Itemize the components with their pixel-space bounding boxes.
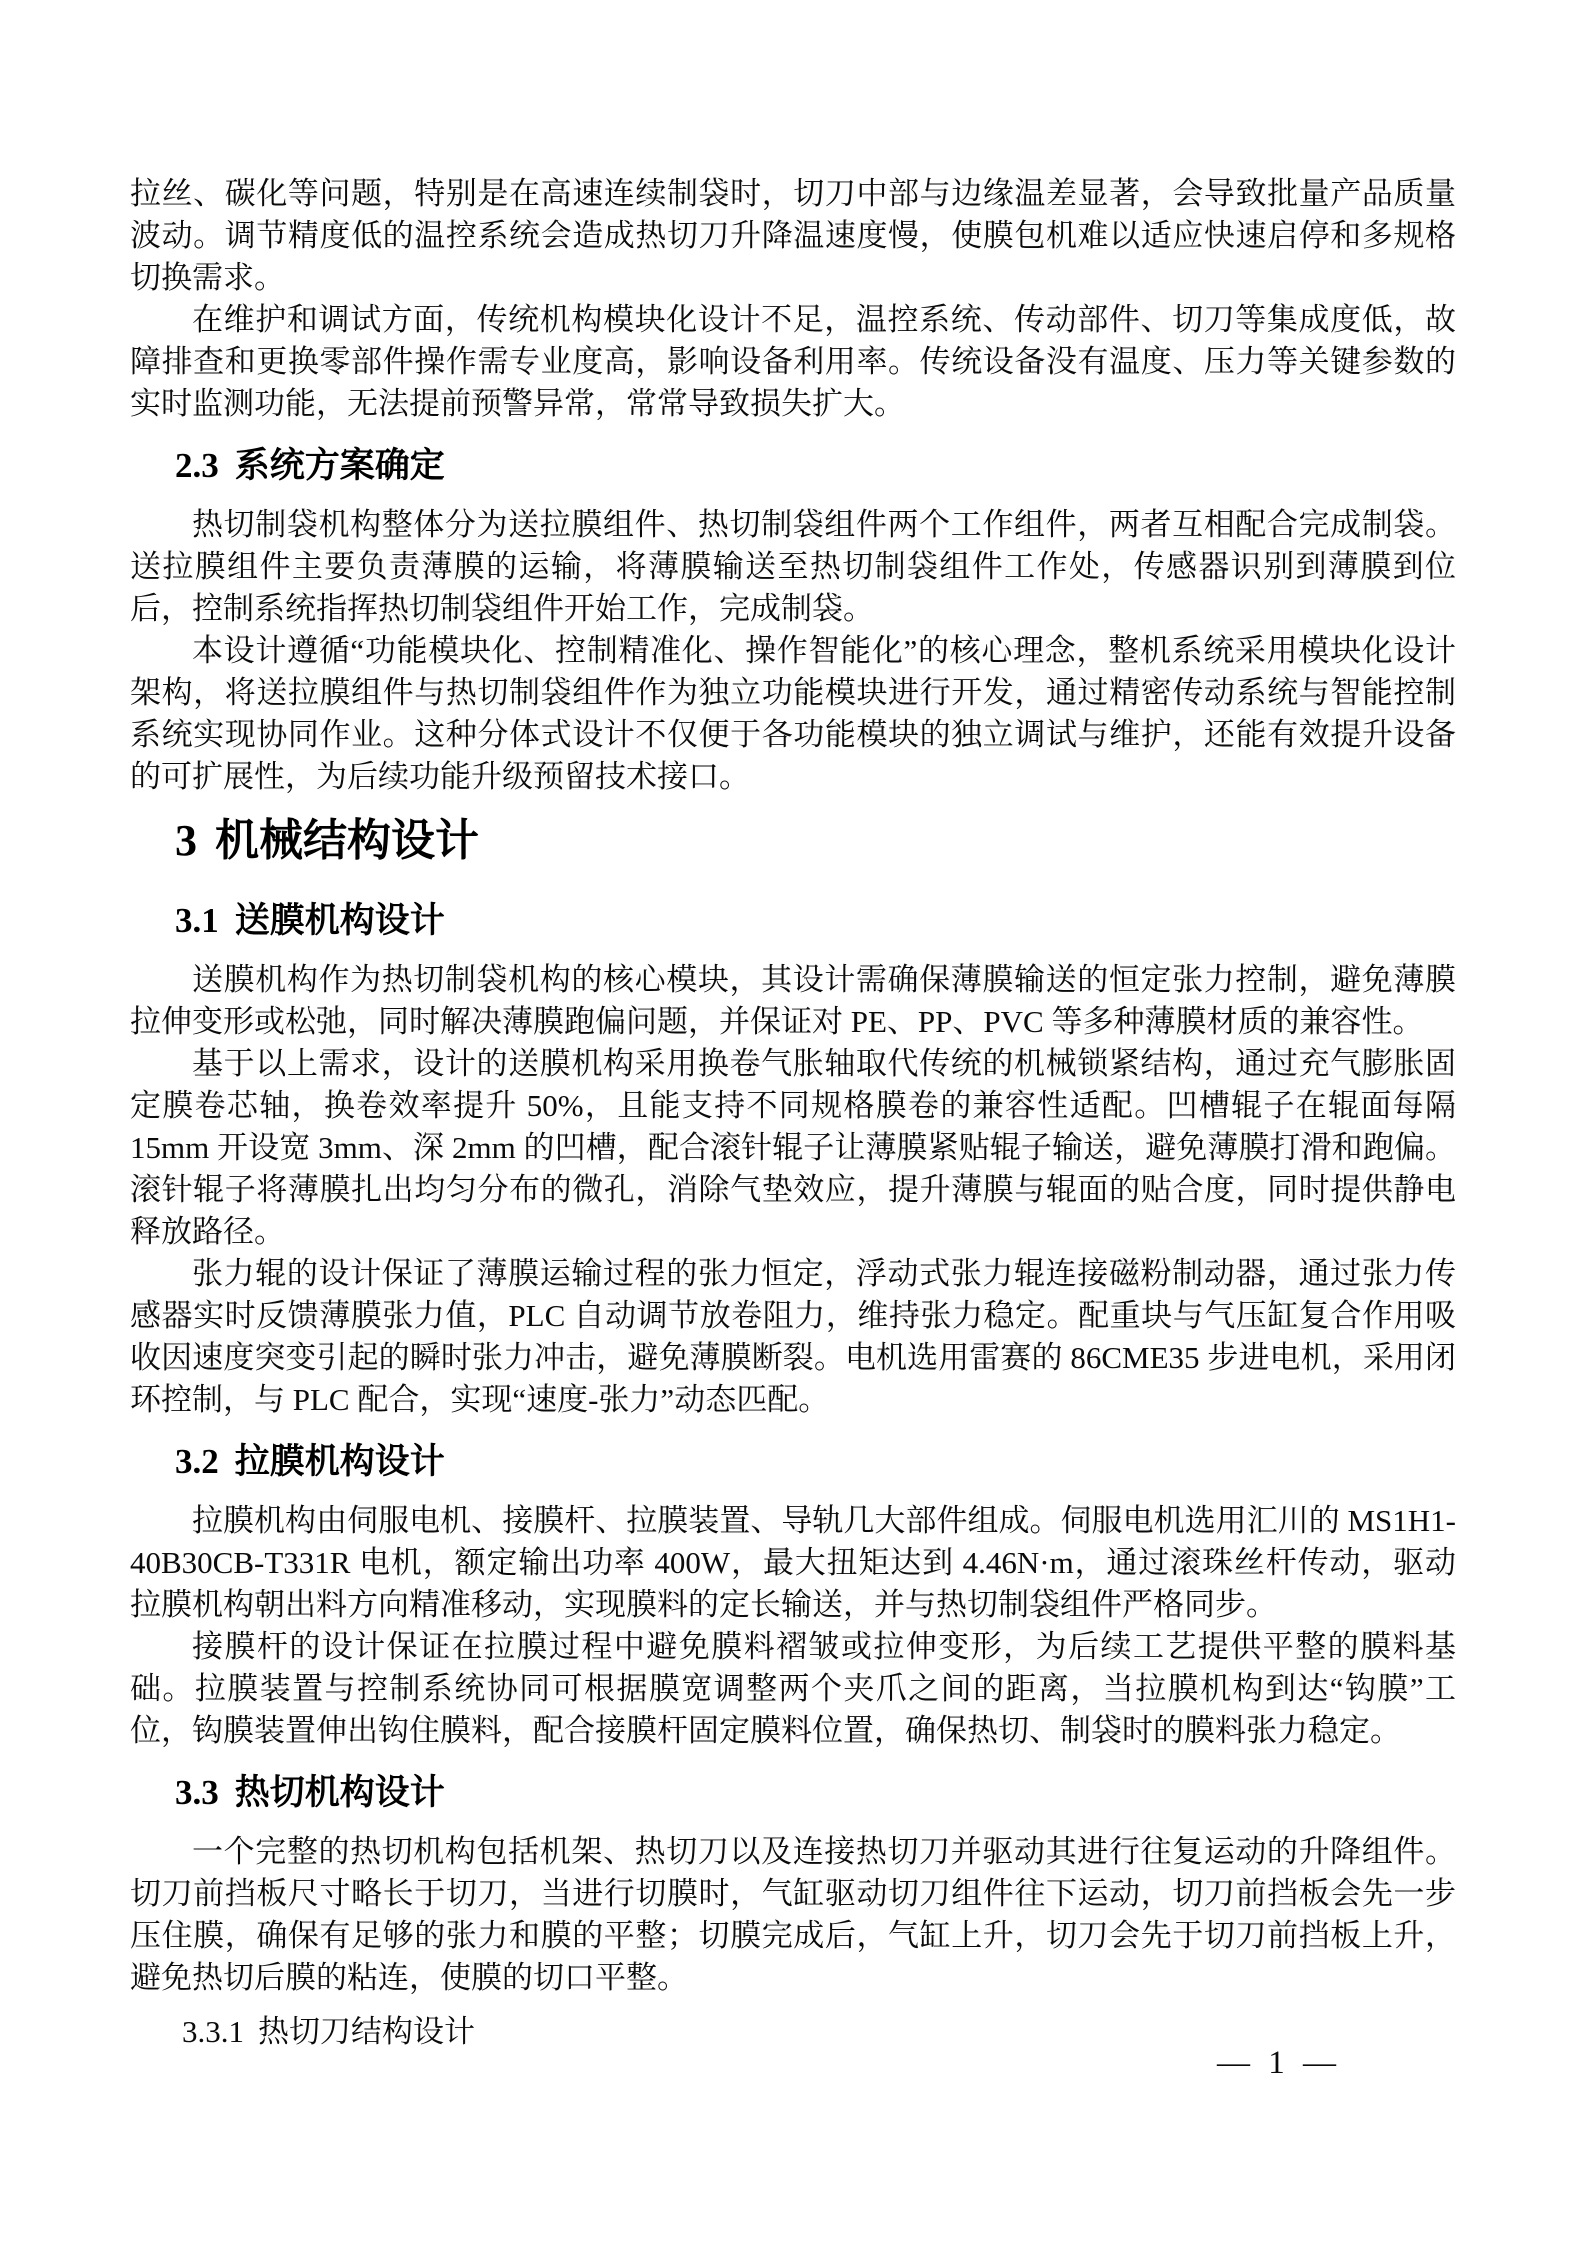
heading-title: 系统方案确定 [235, 446, 445, 485]
heading-system-scheme: 2.3系统方案确定 [175, 443, 1456, 489]
paragraph-servo-motor: 拉膜机构由伺服电机、接膜杆、拉膜装置、导轨几大部件组成。伺服电机选用汇川的 MS… [130, 1500, 1456, 1626]
heading-mechanical-design: 3机械结构设计 [175, 812, 1456, 870]
heading-title: 热切机构设计 [235, 1773, 445, 1812]
document-page: 拉丝、碳化等问题，特别是在高速连续制袋时，切刀中部与边缘温差显著，会导致批量产品… [0, 0, 1586, 2245]
heading-title: 机械结构设计 [215, 816, 479, 865]
paragraph-tension-roller: 张力辊的设计保证了薄膜运输过程的张力恒定，浮动式张力辊连接磁粉制动器，通过张力传… [130, 1253, 1456, 1421]
heading-number: 2.3 [175, 446, 219, 485]
paragraph-design-philosophy: 本设计遵循“功能模块化、控制精准化、操作智能化”的核心理念，整机系统采用模块化设… [130, 630, 1456, 798]
paragraph-film-receiving-rod: 接膜杆的设计保证在拉膜过程中避免膜料褶皱或拉伸变形，为后续工艺提供平整的膜料基础… [130, 1626, 1456, 1752]
paragraph-overall-components: 热切制袋机构整体分为送拉膜组件、热切制袋组件两个工作组件，两者互相配合完成制袋。… [130, 504, 1456, 630]
paragraph-feeding-requirements: 送膜机构作为热切制袋机构的核心模块，其设计需确保薄膜输送的恒定张力控制，避免薄膜… [130, 959, 1456, 1043]
heading-number: 3.3.1 [182, 2014, 244, 2049]
heading-number: 3.3 [175, 1773, 219, 1812]
heading-number: 3.2 [175, 1442, 219, 1481]
heading-title: 送膜机构设计 [235, 901, 445, 940]
heading-title: 拉膜机构设计 [235, 1442, 445, 1481]
heading-film-pulling: 3.2拉膜机构设计 [175, 1439, 1456, 1485]
heading-number: 3.1 [175, 901, 219, 940]
heading-number: 3 [175, 816, 197, 865]
heading-film-feeding: 3.1送膜机构设计 [175, 898, 1456, 944]
paragraph-hot-cutting-mechanism: 一个完整的热切机构包括机架、热切刀以及连接热切刀并驱动其进行往复运动的升降组件。… [130, 1831, 1456, 1999]
paragraph-quality-issues: 拉丝、碳化等问题，特别是在高速连续制袋时，切刀中部与边缘温差显著，会导致批量产品… [130, 173, 1456, 299]
paragraph-air-shaft-rollers: 基于以上需求，设计的送膜机构采用换卷气胀轴取代传统的机械锁紧结构，通过充气膨胀固… [130, 1043, 1456, 1253]
paragraph-maintenance-issues: 在维护和调试方面，传统机构模块化设计不足，温控系统、传动部件、切刀等集成度低，故… [130, 299, 1456, 425]
heading-title: 热切刀结构设计 [258, 2014, 475, 2049]
heading-hot-cutting: 3.3热切机构设计 [175, 1770, 1456, 1816]
page-number: — 1 — [1217, 2042, 1336, 2084]
